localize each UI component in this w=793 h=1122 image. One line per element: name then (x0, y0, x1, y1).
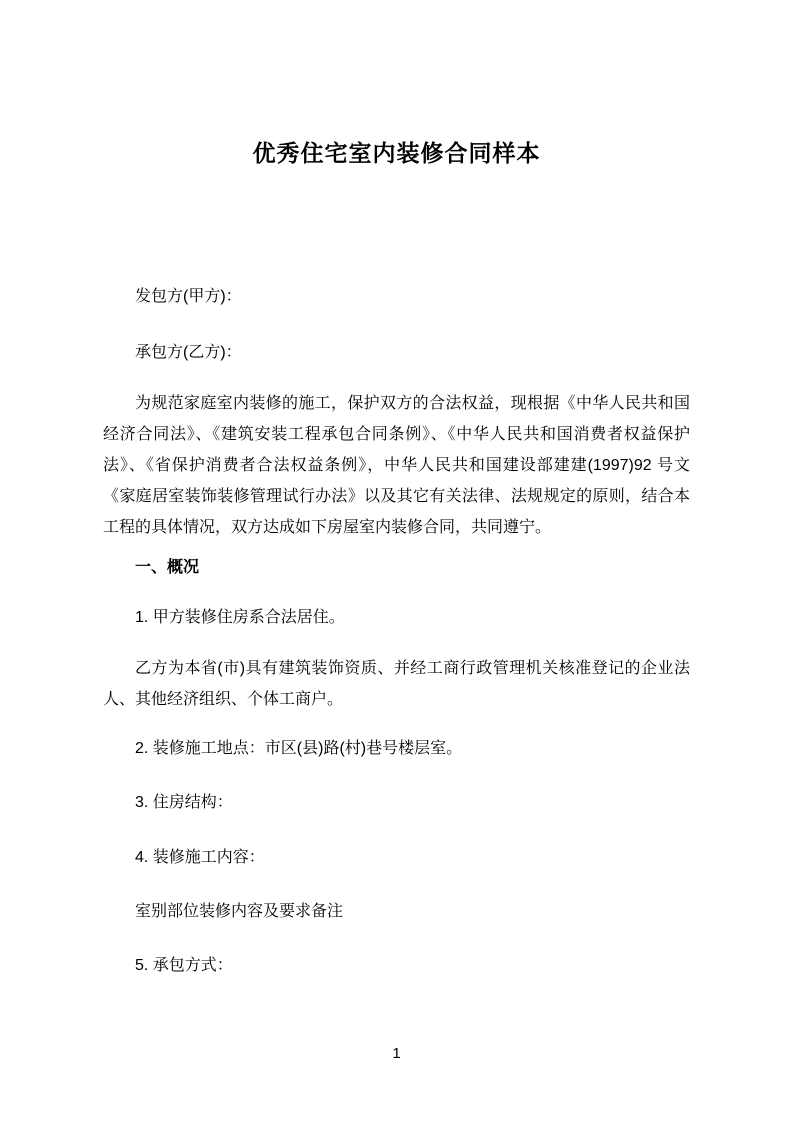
preamble-paragraph: 为规范家庭室内装修的施工，保护双方的合法权益，现根据《中华人民共和国经济合同法》… (103, 388, 690, 543)
clause-1-legal-residence: 1. 甲方装修住房系合法居住。 (103, 602, 690, 633)
clause-4-construction-content: 4. 装修施工内容： (103, 842, 690, 873)
party-b-line: 承包方(乙方)： (103, 337, 690, 368)
clause-4-room-parts-note: 室别部位装修内容及要求备注 (103, 896, 690, 927)
clause-2-construction-site: 2. 装修施工地点：市区(县)路(村)巷号楼层室。 (103, 733, 690, 764)
contract-document-page: 优秀住宅室内装修合同样本 发包方(甲方)： 承包方(乙方)： 为规范家庭室内装修… (0, 0, 793, 1122)
section-heading-overview: 一、概况 (103, 552, 690, 583)
clause-3-housing-structure: 3. 住房结构： (103, 787, 690, 818)
clause-5-contracting-method: 5. 承包方式： (103, 950, 690, 981)
document-title: 优秀住宅室内装修合同样本 (103, 136, 690, 170)
clause-1-contractor-qualification: 乙方为本省(市)具有建筑装饰资质、并经工商行政管理机关核准登记的企业法人、其他经… (103, 653, 690, 715)
party-a-line: 发包方(甲方)： (103, 281, 690, 312)
page-number: 1 (0, 1042, 793, 1066)
